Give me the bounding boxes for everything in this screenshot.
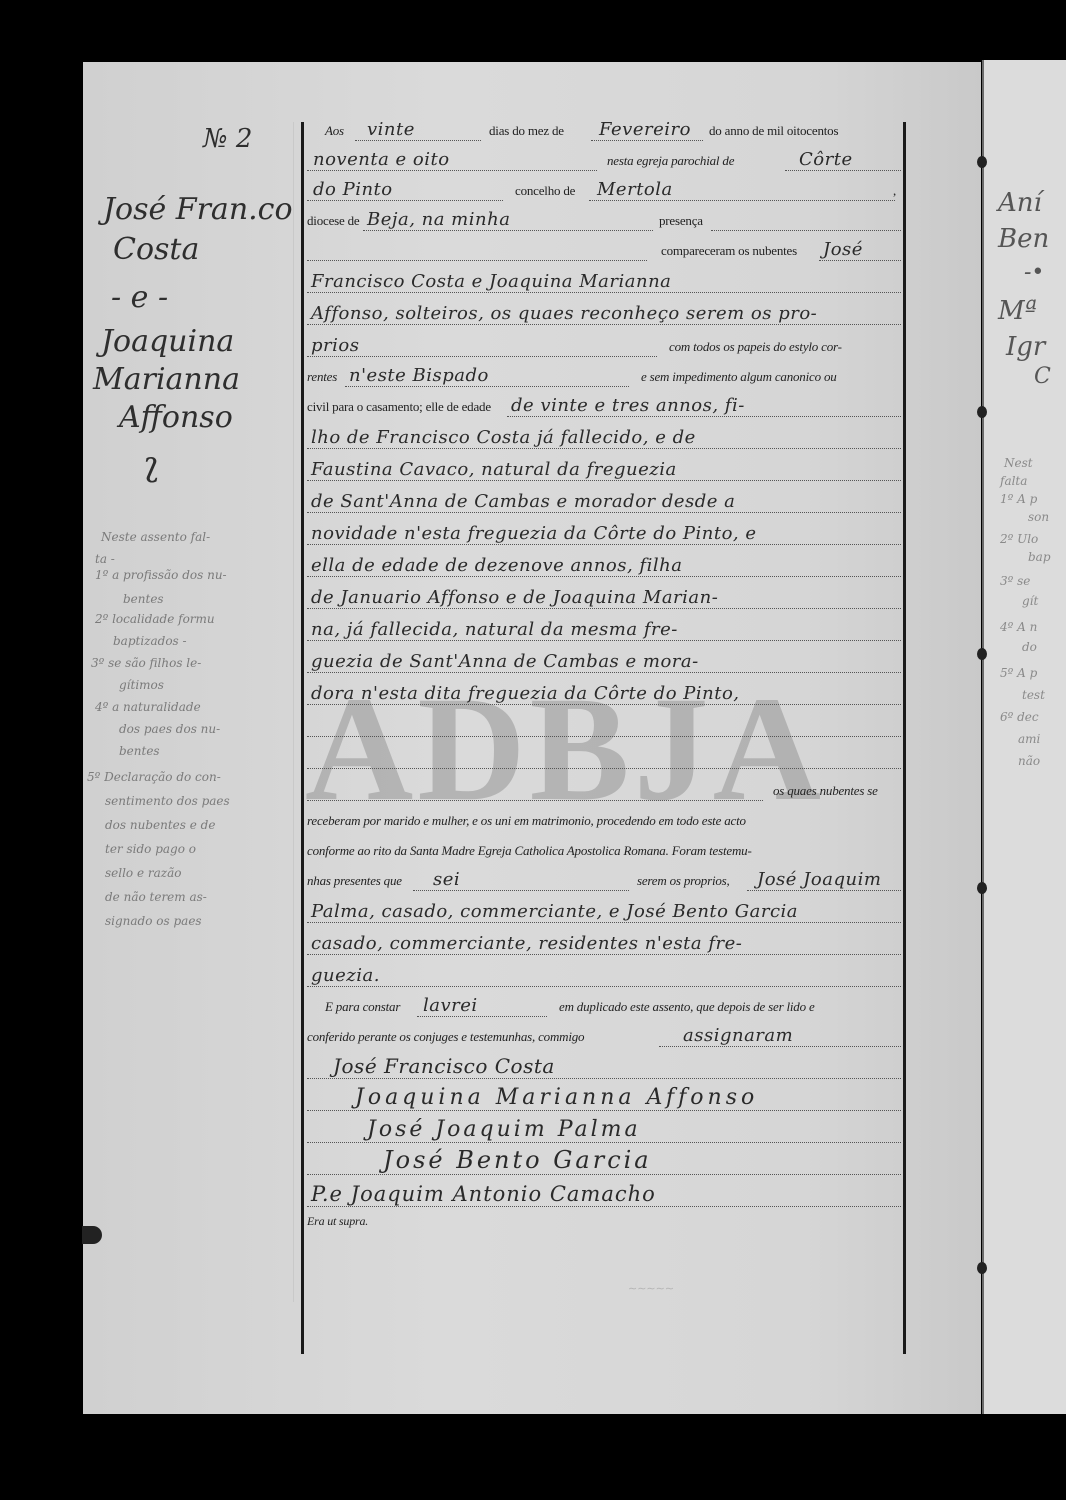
form-line: guezia de Sant'Anna de Cambas e mora- — [307, 646, 901, 676]
handwritten-month: Fevereiro — [599, 119, 691, 140]
form-line-empty — [307, 742, 901, 772]
record-number: № 2 — [203, 124, 252, 154]
binding-stitch — [977, 1262, 987, 1274]
annotation-line: dos paes dos nu- — [119, 722, 220, 736]
form-line: Aos vinte dias do mez de Fevereiro do an… — [307, 114, 901, 144]
next-page-name-fragment: -• — [1024, 260, 1044, 285]
handwritten-text: guezia. — [311, 965, 380, 986]
next-page-annotation: ami — [1018, 732, 1040, 746]
form-line: do Pinto concelho de Mertola , — [307, 174, 901, 204]
printed-text: e sem impedimento algum canonico ou — [641, 369, 837, 385]
next-page-name-fragment: Igr — [1006, 332, 1045, 362]
annotation-line: bentes — [123, 592, 164, 606]
next-page-name-fragment: Mª — [998, 296, 1037, 326]
next-page-name-fragment: Ben — [998, 224, 1049, 254]
annotation-line: ta - — [95, 552, 115, 566]
next-page-annotation: 3º se — [1000, 574, 1030, 588]
handwritten-municipality: Mertola — [597, 179, 673, 200]
binding-stitch — [977, 882, 987, 894]
next-page-annotation: falta — [1000, 474, 1027, 488]
form-line: Affonso, solteiros, os quaes reconheço s… — [307, 298, 901, 328]
page-clip — [82, 1226, 102, 1244]
signature-groom: José Francisco Costa — [333, 1054, 555, 1078]
signature-line: Joaquina Marianna Affonso — [307, 1084, 901, 1114]
closing-text: Era ut supra. — [307, 1214, 368, 1229]
printed-text: receberam por marido e mulher, e os uni … — [307, 813, 746, 829]
handwritten-text: lho de Francisco Costa já fallecido, e d… — [311, 427, 696, 448]
annotation-line: gítimos — [119, 678, 164, 692]
annotation-line: de não terem as- — [105, 890, 207, 904]
signature-witness-2: José Bento Garcia — [383, 1146, 652, 1174]
form-line: os quaes nubentes se — [307, 774, 901, 804]
form-right-border — [903, 122, 906, 1354]
handwritten-text: n'este Bispado — [349, 365, 489, 386]
printed-text: , — [893, 183, 896, 199]
handwritten-text: Faustina Cavaco, natural da freguezia — [311, 459, 677, 480]
next-page-annotation: test — [1022, 688, 1045, 702]
form-line: ella de edade de dezenove annos, filha — [307, 550, 901, 580]
handwritten-witnesses: casado, commerciante, residentes n'esta … — [311, 933, 742, 954]
annotation-line: Neste assento fal- — [101, 530, 210, 544]
form-line: E para constar lavrei em duplicado este … — [307, 990, 901, 1020]
printed-text: os quaes nubentes se — [773, 783, 878, 799]
groom-name-line-1: José Fran.co — [103, 192, 293, 227]
handwritten-parish-cont: do Pinto — [313, 179, 393, 200]
form-line: casado, commerciante, residentes n'esta … — [307, 928, 901, 958]
annotation-line: 1º a profissão dos nu- — [95, 568, 227, 582]
handwritten-names: Francisco Costa e Joaquina Marianna — [311, 271, 671, 292]
signature-line: José Francisco Costa — [307, 1052, 901, 1082]
signature-bride: Joaquina Marianna Affonso — [355, 1085, 758, 1110]
printed-text: civil para o casamento; elle de edade — [307, 399, 491, 415]
signature-witness-1: José Joaquim Palma — [367, 1117, 641, 1142]
handwritten-text: de Sant'Anna de Cambas e morador desde a — [311, 491, 735, 512]
form-line-empty — [307, 710, 901, 740]
handwritten-text: prios — [311, 335, 359, 356]
form-line: compareceram os nubentes José — [307, 234, 901, 264]
signature-priest: P.e Joaquim Antonio Camacho — [311, 1182, 656, 1206]
form-line: conferido perante os conjuges e testemun… — [307, 1020, 901, 1050]
printed-text: nesta egreja parochial de — [607, 153, 734, 169]
handwritten-text: de vinte e tres annos, fi- — [511, 395, 745, 416]
next-page-annotation: 6º dec — [1000, 710, 1039, 724]
form-line: Era ut supra. — [307, 1204, 901, 1234]
printed-text: E para constar — [325, 999, 400, 1015]
next-page-name-fragment: Aní — [998, 188, 1042, 218]
form-line: lho de Francisco Costa já fallecido, e d… — [307, 422, 901, 452]
printed-text: diocese de — [307, 213, 360, 229]
next-page-annotation: 2º Ulo — [1000, 532, 1038, 546]
binding-stitch — [977, 406, 987, 418]
signature-line: José Joaquim Palma — [307, 1116, 901, 1146]
handwritten-text: dora n'esta dita freguezia da Côrte do P… — [311, 683, 740, 704]
signature-line: José Bento Garcia — [307, 1148, 901, 1178]
printed-text: conferido perante os conjuges e testemun… — [307, 1029, 584, 1045]
handwritten-names: Affonso, solteiros, os quaes reconheço s… — [311, 303, 817, 324]
handwritten-text: ella de edade de dezenove annos, filha — [311, 555, 682, 576]
form-line: nhas presentes que sei serem os proprios… — [307, 864, 901, 894]
annotation-line: bentes — [119, 744, 160, 758]
form-line: noventa e oito nesta egreja parochial de… — [307, 144, 901, 174]
printed-text: Aos — [325, 123, 344, 139]
document-page: № 2 José Fran.co Costa - e - Joaquina Ma… — [83, 62, 981, 1414]
next-page-annotation: não — [1018, 754, 1040, 768]
bride-name-line-2: Marianna — [93, 362, 240, 397]
printed-text: presença — [659, 213, 703, 229]
groom-name-line-2: Costa — [113, 232, 199, 267]
annotation-line: 3º se são filhos le- — [91, 656, 201, 670]
next-page-annotation: do — [1022, 640, 1037, 654]
next-page-annotation: son — [1028, 510, 1049, 524]
printed-text: com todos os papeis do estylo cor- — [669, 339, 842, 355]
margin-guide-line — [293, 122, 294, 1302]
form-line: receberam por marido e mulher, e os uni … — [307, 804, 901, 834]
printed-text: dias do mez de — [489, 123, 564, 139]
printed-text: serem os proprios, — [637, 873, 730, 889]
form-line: de Januario Affonso e de Joaquina Marian… — [307, 582, 901, 612]
printed-text: do anno de mil oitocentos — [709, 123, 838, 139]
annotation-line: dos nubentes e de — [105, 818, 215, 832]
printed-text: em duplicado este assento, que depois de… — [559, 999, 815, 1015]
annotation-line: sentimento dos paes — [105, 794, 230, 808]
handwritten-text: novidade n'esta freguezia da Côrte do Pi… — [311, 523, 757, 544]
annotation-line: ter sido pago o — [105, 842, 196, 856]
form-line: novidade n'esta freguezia da Côrte do Pi… — [307, 518, 901, 548]
handwritten-text: guezia de Sant'Anna de Cambas e mora- — [311, 651, 699, 672]
form-line: de Sant'Anna de Cambas e morador desde a — [307, 486, 901, 516]
printed-text: compareceram os nubentes — [661, 243, 797, 259]
handwritten-text: lavrei — [423, 995, 478, 1016]
form-line: prios com todos os papeis do estylo cor- — [307, 330, 901, 360]
form-line: diocese de Beja, na minha presença — [307, 204, 901, 234]
form-line: Palma, casado, commerciante, e José Bent… — [307, 896, 901, 926]
bride-name-line-3: Affonso — [119, 400, 233, 435]
next-page-annotation: Nest — [1004, 456, 1033, 470]
bleed-through-text: ∼∼∼∼∼ — [628, 1282, 674, 1295]
annotation-line: 2º localidade formu — [95, 612, 215, 626]
next-page-annotation: 5º A p — [1000, 666, 1037, 680]
handwritten-parish: Côrte — [799, 149, 853, 170]
annotation-line: sello e razão — [105, 866, 181, 880]
handwritten-diocese: Beja, na minha — [367, 209, 510, 230]
printed-text: rentes — [307, 369, 337, 385]
handwritten-day: vinte — [367, 119, 415, 140]
form-line: na, já fallecida, natural da mesma fre- — [307, 614, 901, 644]
next-page-annotation: 1º A p — [1000, 492, 1037, 506]
handwritten-witnesses: Palma, casado, commerciante, e José Bent… — [311, 901, 798, 922]
paraph-mark: ʅ — [143, 444, 160, 484]
handwritten-witness: José Joaquim — [757, 869, 881, 890]
printed-text: nhas presentes que — [307, 873, 402, 889]
form-line: conforme ao rito da Santa Madre Egreja C… — [307, 834, 901, 864]
form-line: dora n'esta dita freguezia da Côrte do P… — [307, 678, 901, 708]
bride-name-line-1: Joaquina — [101, 324, 234, 359]
form-line: Francisco Costa e Joaquina Marianna — [307, 266, 901, 296]
form-line: Faustina Cavaco, natural da freguezia — [307, 454, 901, 484]
annotation-line: signado os paes — [105, 914, 202, 928]
handwritten-names: José — [823, 239, 863, 260]
binding-stitch — [977, 648, 987, 660]
next-page-annotation: 4º A n — [1000, 620, 1037, 634]
handwritten-text: na, já fallecida, natural da mesma fre- — [311, 619, 678, 640]
binding-stitch — [977, 156, 987, 168]
next-page-name-fragment: C — [1034, 364, 1051, 389]
next-page-annotation: bap — [1028, 550, 1051, 564]
annotation-line: 5º Declaração do con- — [87, 770, 221, 784]
handwritten-text: assignaram — [683, 1025, 793, 1046]
annotation-line: 4º a naturalidade — [95, 700, 201, 714]
form-line: rentes n'este Bispado e sem impedimento … — [307, 360, 901, 390]
handwritten-year: noventa e oito — [313, 149, 450, 170]
name-conjunction: - e - — [111, 280, 168, 315]
handwritten-text: sei — [433, 869, 460, 890]
form-line: guezia. — [307, 960, 901, 990]
annotation-line: baptizados - — [113, 634, 187, 648]
next-page-annotation: gít — [1022, 594, 1038, 608]
form-left-border — [301, 122, 304, 1354]
printed-text: conforme ao rito da Santa Madre Egreja C… — [307, 843, 752, 859]
next-page: Aní Ben -• Mª Igr C Nest falta 1º A p so… — [982, 60, 1066, 1414]
form-line: civil para o casamento; elle de edade de… — [307, 390, 901, 420]
handwritten-text: de Januario Affonso e de Joaquina Marian… — [311, 587, 718, 608]
printed-text: concelho de — [515, 183, 575, 199]
